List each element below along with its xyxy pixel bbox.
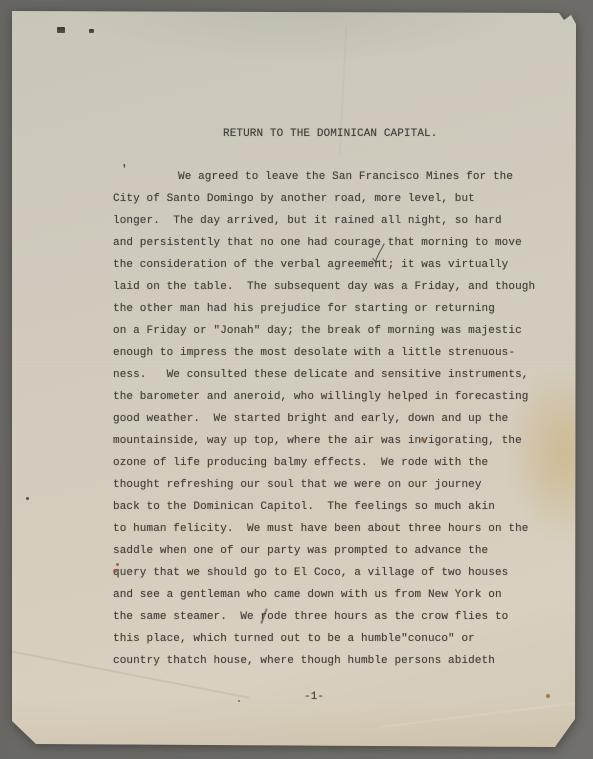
document-title: RETURN TO THE DOMINICAN CAPITAL. bbox=[223, 123, 437, 145]
body-line: thought refreshing our soul that we were… bbox=[113, 474, 553, 496]
body-line: this place, which turned out to be a hum… bbox=[113, 628, 553, 650]
body-line: good weather. We started bright and earl… bbox=[113, 408, 553, 430]
paper-stain bbox=[116, 563, 119, 566]
document-body: We agreed to leave the San Francisco Min… bbox=[113, 166, 553, 672]
paper-stain bbox=[113, 569, 117, 573]
body-line: We agreed to leave the San Francisco Min… bbox=[113, 166, 553, 188]
scan-backdrop: RETURN TO THE DOMINICAN CAPITAL. ' We ag… bbox=[0, 0, 593, 759]
body-line: enough to impress the most desolate with… bbox=[113, 342, 553, 364]
body-line: the barometer and aneroid, who willingly… bbox=[113, 386, 553, 408]
body-line: the same steamer. We rode three hours as… bbox=[113, 606, 553, 628]
body-line: to human felicity. We must have been abo… bbox=[113, 518, 553, 540]
body-line: longer. The day arrived, but it rained a… bbox=[113, 210, 553, 232]
body-line: the consideration of the verbal agreemen… bbox=[113, 254, 553, 276]
body-line: query that we should go to El Coco, a vi… bbox=[113, 562, 553, 584]
body-line: ozone of life producing balmy effects. W… bbox=[113, 452, 553, 474]
body-line: and persistently that no one had courage… bbox=[113, 232, 553, 254]
body-line: laid on the table. The subsequent day wa… bbox=[113, 276, 553, 298]
page-number: -1- bbox=[103, 686, 525, 708]
paper-shadow: RETURN TO THE DOMINICAN CAPITAL. ' We ag… bbox=[0, 0, 593, 759]
document-page: RETURN TO THE DOMINICAN CAPITAL. ' We ag… bbox=[10, 10, 580, 749]
body-line: ness. We consulted these delicate and se… bbox=[113, 364, 553, 386]
body-line: and see a gentleman who came down with u… bbox=[113, 584, 553, 606]
body-line: country thatch house, where though humbl… bbox=[113, 650, 553, 672]
staple-hole bbox=[89, 29, 94, 33]
body-line: saddle when one of our party was prompte… bbox=[113, 540, 553, 562]
paper-stain bbox=[420, 438, 425, 442]
staple-hole bbox=[57, 27, 65, 33]
body-line: back to the Dominican Capitol. The feeli… bbox=[113, 496, 553, 518]
body-line: the other man had his prejudice for star… bbox=[113, 298, 553, 320]
body-line: mountainside, way up top, where the air … bbox=[113, 430, 553, 452]
insertion-mark bbox=[372, 243, 388, 271]
paper-stain bbox=[546, 694, 550, 698]
paper-stain bbox=[26, 497, 29, 500]
body-line: City of Santo Domingo by another road, m… bbox=[113, 188, 553, 210]
body-line: on a Friday or "Jonah" day; the break of… bbox=[113, 320, 553, 342]
